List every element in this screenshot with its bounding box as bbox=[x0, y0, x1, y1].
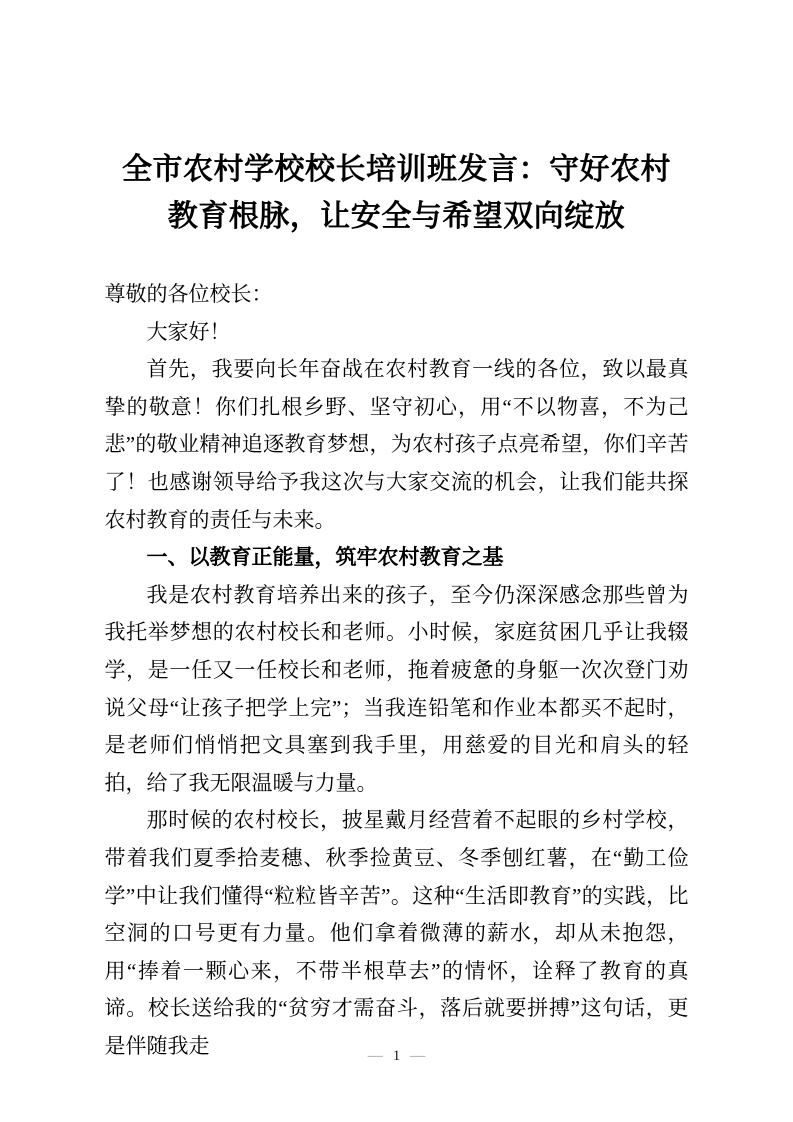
page-number: 1 bbox=[393, 1048, 401, 1064]
paragraph-1: 我是农村教育培养出来的孩子，至今仍深深感念那些曾为我托举梦想的农村校长和老师。小… bbox=[105, 577, 689, 803]
footer-dash-left: — bbox=[368, 1048, 383, 1064]
page-footer: —1— bbox=[0, 1046, 793, 1066]
salutation: 尊敬的各位校长： bbox=[105, 276, 689, 314]
document-body: 尊敬的各位校长： 大家好！ 首先，我要向长年奋战在农村教育一线的各位，致以最真挚… bbox=[105, 276, 689, 1065]
footer-dash-right: — bbox=[410, 1048, 425, 1064]
document-page: 全市农村学校校长培训班发言：守好农村教育根脉，让安全与希望双向绽放 尊敬的各位校… bbox=[0, 0, 793, 1122]
document-title: 全市农村学校校长培训班发言：守好农村教育根脉，让安全与希望双向绽放 bbox=[87, 146, 707, 240]
paragraph-2: 那时候的农村校长，披星戴月经营着不起眼的乡村学校，带着我们夏季拾麦穗、秋季捡黄豆… bbox=[105, 802, 689, 1065]
greeting: 大家好！ bbox=[105, 314, 689, 352]
document-title-line2: 教育根脉，让安全与希望双向绽放 bbox=[168, 200, 626, 233]
document-title-line1: 全市农村学校校长培训班发言：守好农村 bbox=[122, 153, 671, 186]
section-heading-1: 一、以教育正能量，筑牢农村教育之基 bbox=[105, 539, 689, 577]
paragraph-intro: 首先，我要向长年奋战在农村教育一线的各位，致以最真挚的敬意！你们扎根乡野、坚守初… bbox=[105, 351, 689, 539]
